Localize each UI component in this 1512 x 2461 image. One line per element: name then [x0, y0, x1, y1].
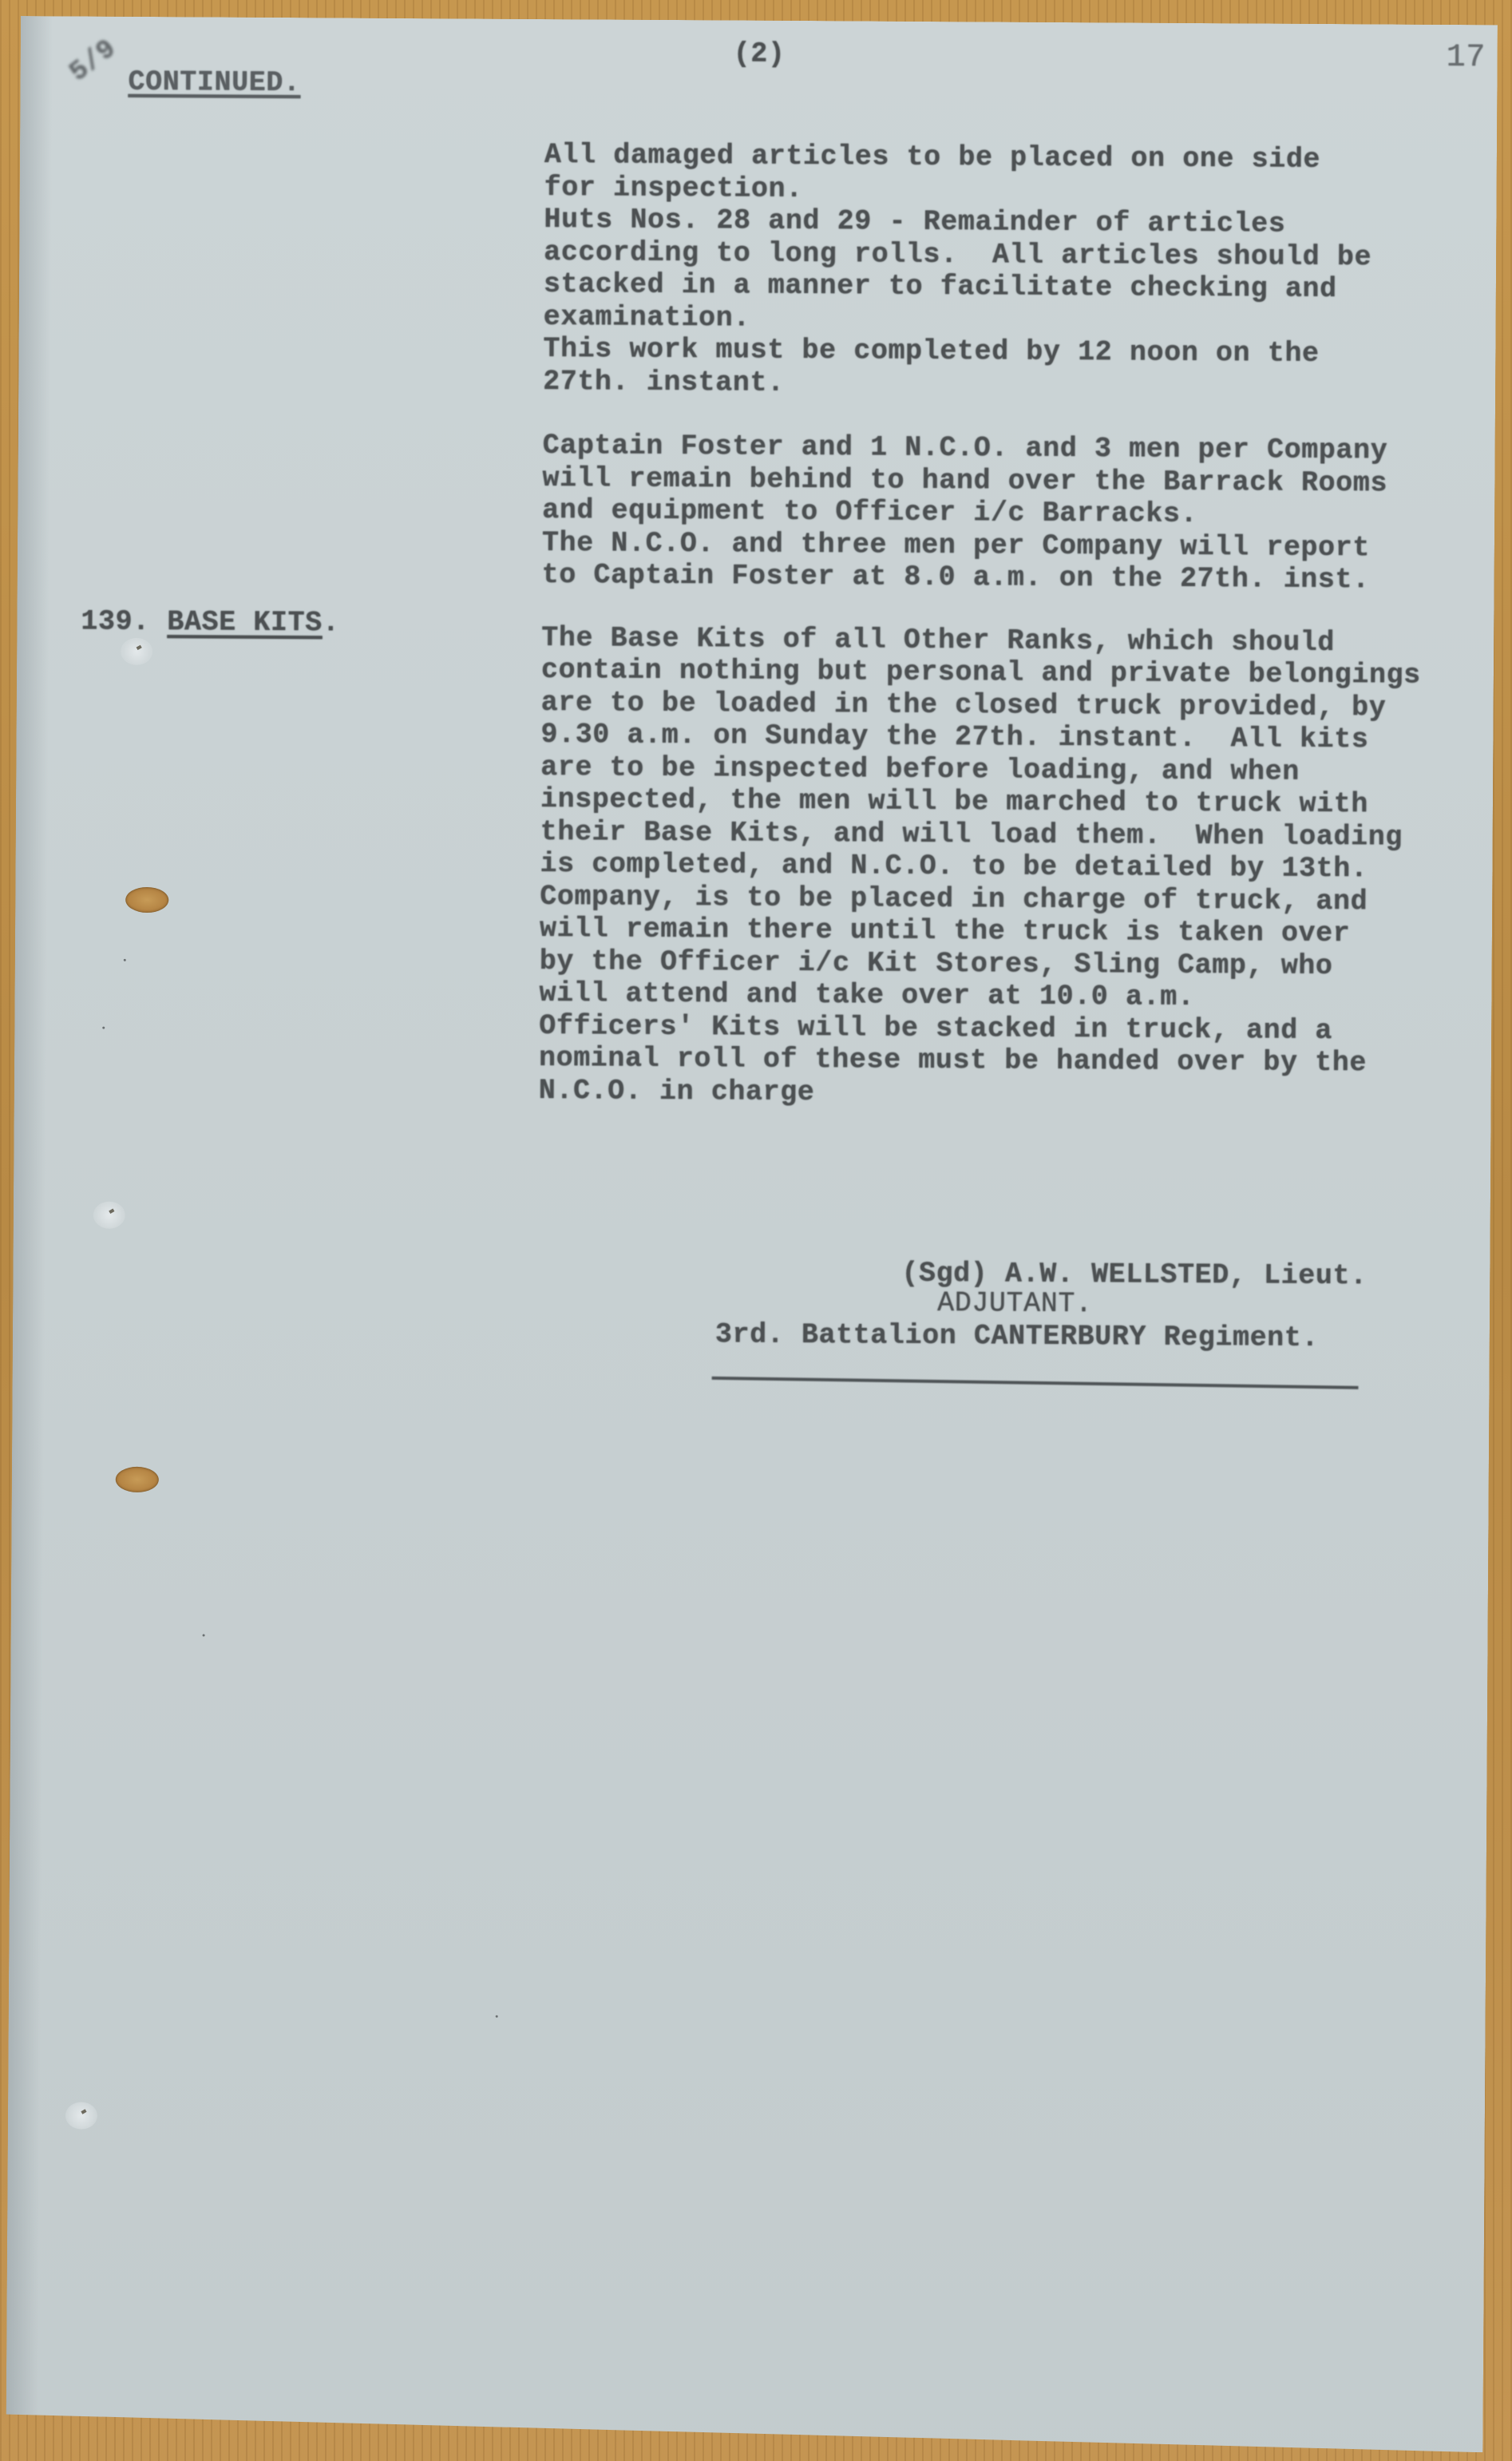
signature-title: ADJUTANT.	[937, 1287, 1093, 1321]
punch-hole	[125, 887, 168, 913]
text-line: nominal roll of these must be handed ove…	[539, 1042, 1419, 1080]
staple-tear	[121, 638, 152, 665]
text-line: This work must be completed by 12 noon o…	[543, 333, 1423, 371]
signature-unit: 3rd. Battalion CANTERBURY Regiment.	[715, 1318, 1319, 1354]
punch-hole	[116, 1467, 159, 1492]
text-line: inspected, the men will be marched to tr…	[540, 783, 1420, 821]
corner-mark: 5/9	[64, 34, 124, 90]
speck	[102, 1027, 105, 1029]
text-line: by the Officer i/c Kit Stores, Sling Cam…	[540, 945, 1419, 982]
paragraph-captain-foster: Captain Foster and 1 N.C.O. and 3 men pe…	[542, 430, 1423, 596]
page-number: (2)	[734, 38, 786, 70]
text-line: 27th. instant.	[543, 366, 1423, 403]
text-line: All damaged articles to be placed on one…	[544, 139, 1424, 176]
text-line: is completed, and N.C.O. to be detailed …	[540, 848, 1419, 886]
section-number: 139.	[81, 605, 150, 638]
section-title-suffix: .	[323, 607, 340, 639]
text-line: Captain Foster and 1 N.C.O. and 3 men pe…	[543, 430, 1423, 467]
text-line: are to be loaded in the closed truck pro…	[541, 686, 1421, 723]
text-line: to Captain Foster at 8.0 a.m. on the 27t…	[542, 559, 1422, 596]
text-line: The Base Kits of all Other Ranks, which …	[541, 621, 1421, 659]
text-line: Officers' Kits will be stacked in truck,…	[539, 1009, 1419, 1047]
paragraph-damaged-articles: All damaged articles to be placed on one…	[543, 139, 1424, 403]
text-line: according to long rolls. All articles sh…	[544, 236, 1423, 274]
text-line: their Base Kits, and will load them. Whe…	[540, 815, 1420, 853]
section-title: BASE KITS	[167, 606, 323, 639]
paragraph-base-kits: The Base Kits of all Other Ranks, which …	[539, 621, 1421, 1112]
text-line: will attend and take over at 10.0 a.m.	[539, 977, 1419, 1015]
text-line: The N.C.O. and three men per Company wil…	[542, 527, 1422, 565]
text-line: contain nothing but personal and private…	[541, 654, 1421, 692]
folio-number: 17	[1447, 42, 1486, 75]
speck	[124, 959, 126, 961]
speck	[203, 1634, 205, 1636]
continued-heading: CONTINUED.	[128, 66, 300, 100]
section-heading: 139. BASE KITS.	[81, 605, 339, 639]
speck	[496, 2015, 498, 2018]
text-line: for inspection.	[544, 172, 1424, 209]
text-line: 9.30 a.m. on Sunday the 27th. instant. A…	[540, 719, 1420, 756]
body-text: All damaged articles to be placed on one…	[538, 139, 1423, 1144]
document-page: 5/9 (2) 17 CONTINUED. All damaged articl…	[6, 16, 1498, 2452]
text-line: and equipment to Officer i/c Barracks.	[542, 494, 1422, 532]
text-line: will remain behind to hand over the Barr…	[542, 462, 1422, 500]
text-line: N.C.O. in charge	[539, 1074, 1419, 1112]
text-line: stacked in a manner to facilitate checki…	[544, 268, 1423, 306]
staple-tear	[93, 1202, 125, 1229]
text-line: are to be inspected before loading, and …	[540, 751, 1420, 788]
staple-tear	[65, 2102, 97, 2129]
text-line: examination.	[544, 301, 1423, 339]
text-line: Huts Nos. 28 and 29 - Remainder of artic…	[544, 204, 1423, 241]
text-line: Company, is to be placed in charge of tr…	[540, 880, 1419, 917]
text-line: will remain there until the truck is tak…	[540, 913, 1419, 950]
closing-rule	[712, 1377, 1359, 1389]
